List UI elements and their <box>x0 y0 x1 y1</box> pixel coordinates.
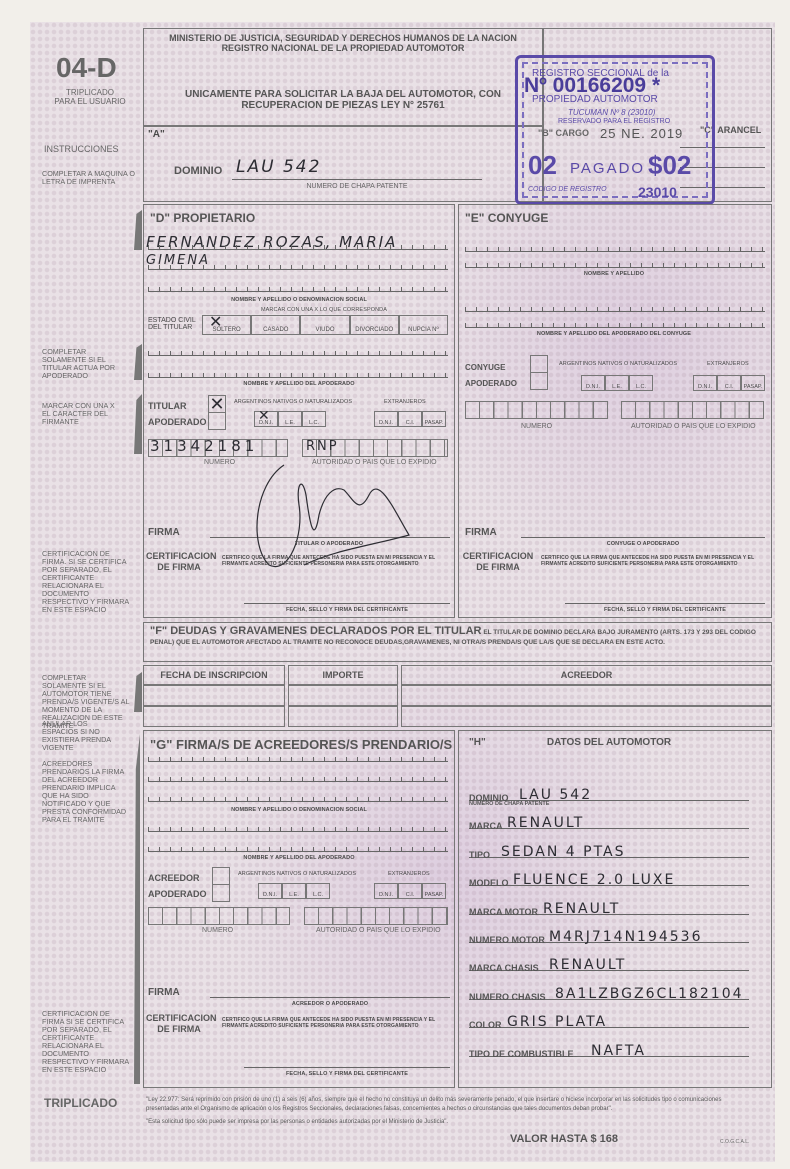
doc-type-option[interactable]: D.N.I. <box>258 883 282 899</box>
section-h-datos-automotor: "H" DATOS DEL AUTOMOTOR DOMINIOLAU 542MA… <box>458 730 772 1088</box>
header-box: MINISTERIO DE JUSTICIA, SEGURIDAD Y DERE… <box>143 28 543 126</box>
estado-civil-options: SOLTERO✕CASADOVIUDODIVORCIADONUPCIA Nº <box>202 315 448 335</box>
vehicle-field-label: NUMERO MOTOR <box>469 935 545 945</box>
section-a: "A" DOMINIO LAU 542 NUMERO DE CHAPA PATE… <box>143 126 543 202</box>
creditor-issuer-grid[interactable] <box>304 907 448 925</box>
acreedor-checkbox[interactable] <box>212 867 230 885</box>
vehicle-field-row: MARCA CHASISRENAULT <box>469 953 759 975</box>
spouse-ext-doc-options: D.N.I.C.I.PASAP. <box>693 375 765 391</box>
vehicle-field-value[interactable]: GRIS PLATA <box>507 1014 607 1030</box>
acreedor-apoderado-checkbox[interactable] <box>212 884 230 902</box>
spouse-name-line-1[interactable] <box>465 245 765 252</box>
check-mark-icon: ✕ <box>258 409 270 423</box>
estado-civil-option[interactable]: SOLTERO✕ <box>202 315 251 335</box>
titular-checkbox[interactable]: ✕ <box>208 395 226 413</box>
dominio-label: DOMINIO <box>174 165 222 177</box>
vehicle-field-row: MARCA MOTORRENAULT <box>469 897 759 919</box>
ext-doc-type-options: D.N.I.C.I.PASAP. <box>374 411 446 427</box>
estado-civil-option[interactable]: DIVORCIADO <box>350 315 399 335</box>
creditor-name-line-3[interactable] <box>148 795 448 802</box>
arg-doc-type-options: D.N.I.✕L.E.L.C. <box>254 411 326 427</box>
estado-civil-option[interactable]: NUPCIA Nº <box>399 315 448 335</box>
conyuge-apoderado-checkbox[interactable] <box>530 372 548 390</box>
doc-type-option[interactable]: D.N.I. <box>693 375 717 391</box>
print-notice: "Esta solicitud tipo sólo puede ser impr… <box>146 1119 726 1125</box>
table-cell[interactable] <box>401 685 772 706</box>
estado-civil-option[interactable]: VIUDO <box>300 315 349 335</box>
vehicle-field-value[interactable]: M4RJ714N194536 <box>549 929 702 945</box>
vehicle-field-label: MODELO <box>469 878 509 888</box>
vehicle-field-row: NUMERO CHASIS8A1LZBGZ6CL182104 <box>469 982 759 1004</box>
table-header: ACREEDOR <box>401 665 772 685</box>
legal-notice: "Ley 22.977: Será reprimido con prisión … <box>146 1096 726 1114</box>
section-f-deudas: "F" DEUDAS Y GRAVAMENES DECLARADOS POR E… <box>143 622 772 662</box>
stamp-date: 25 NE. 2019 <box>600 126 683 141</box>
doc-type-option[interactable]: PASAP. <box>741 375 765 391</box>
footer-copy-label: TRIPLICADO <box>44 1096 117 1110</box>
apoderado-name-line-2[interactable] <box>148 371 448 378</box>
vehicle-field-label: MARCA MOTOR <box>469 907 538 917</box>
table-cell[interactable] <box>288 685 398 706</box>
doc-type-option[interactable]: L.E. <box>282 883 306 899</box>
paid-stamp: PAGADO <box>570 160 645 177</box>
purpose-line-1: UNICAMENTE PARA SOLICITAR LA BAJA DEL AU… <box>144 89 542 100</box>
vehicle-field-value[interactable]: RENAULT <box>549 957 626 973</box>
owner-certification-field[interactable] <box>244 603 450 604</box>
vehicle-field-label: MARCA CHASIS <box>469 963 539 973</box>
doc-type-option[interactable]: L.E. <box>278 411 302 427</box>
spouse-arg-doc-options: D.N.I.L.E.L.C. <box>581 375 653 391</box>
creditor-signature-field[interactable] <box>210 997 450 998</box>
creditor-apoderado-line-1[interactable] <box>148 825 448 832</box>
vehicle-field-row: NUMERO MOTORM4RJ714N194536 <box>469 925 759 947</box>
section-g-acreedores: "G" FIRMA/S DE ACREEDORES/S PRENDARIO/S … <box>143 730 455 1088</box>
doc-type-option[interactable]: D.N.I.✕ <box>254 411 278 427</box>
vehicle-field-value[interactable]: FLUENCE 2.0 LUXE <box>513 872 675 888</box>
vehicle-field-row: TIPO DE COMBUSTIBLENAFTA <box>469 1039 759 1061</box>
table-cell[interactable] <box>401 706 772 727</box>
vehicle-field-row: MARCARENAULT <box>469 811 759 833</box>
table-cell[interactable] <box>288 706 398 727</box>
vehicle-field-row: COLORGRIS PLATA <box>469 1010 759 1032</box>
conyuge-checkbox[interactable] <box>530 355 548 373</box>
registry-title: REGISTRO NACIONAL DE LA PROPIEDAD AUTOMO… <box>144 43 542 53</box>
vehicle-field-value[interactable]: SEDAN 4 PTAS <box>501 844 626 860</box>
vehicle-field-row: TIPOSEDAN 4 PTAS <box>469 840 759 862</box>
apoderado-checkbox[interactable] <box>208 412 226 430</box>
doc-type-option[interactable]: C.I. <box>398 411 422 427</box>
debts-table: FECHA DE INSCRIPCIONIMPORTEACREEDOR <box>143 665 772 727</box>
creditor-ext-doc-options: D.N.I.C.I.PASAP. <box>374 883 446 899</box>
section-d-propietario: "D" PROPIETARIO FERNANDEZ ROZAS, MARIA G… <box>143 204 455 618</box>
estado-civil-option[interactable]: CASADO <box>251 315 300 335</box>
section-e-conyuge: "E" CONYUGE NOMBRE Y APELLIDO NOMBRE Y A… <box>458 204 772 618</box>
registry-stamp: REGISTRO SECCIONAL de la Nº 00166209 * P… <box>515 55 715 205</box>
doc-type-option[interactable]: L.C. <box>302 411 326 427</box>
apoderado-name-line-1[interactable] <box>148 349 448 356</box>
spouse-issuer-grid[interactable] <box>621 401 764 419</box>
price-label: VALOR HASTA $ 168 <box>510 1133 618 1145</box>
doc-type-option[interactable]: PASAP. <box>422 883 446 899</box>
vehicle-field-label: TIPO <box>469 850 490 860</box>
vehicle-field-value[interactable]: NAFTA <box>591 1043 646 1059</box>
form-page: 04-D TRIPLICADOPARA EL USUARIO MINISTERI… <box>30 22 775 1162</box>
spouse-doc-number-grid[interactable] <box>465 401 608 419</box>
table-header: FECHA DE INSCRIPCION <box>143 665 285 685</box>
doc-type-option[interactable]: D.N.I. <box>374 411 398 427</box>
creditor-name-line-1[interactable] <box>148 755 448 762</box>
spouse-signature-field[interactable] <box>521 537 765 538</box>
vehicle-field-value[interactable]: RENAULT <box>543 901 620 917</box>
ministry-title: MINISTERIO DE JUSTICIA, SEGURIDAD Y DERE… <box>144 33 542 43</box>
owner-name-line-3[interactable] <box>148 285 448 292</box>
doc-type-option[interactable]: D.N.I. <box>581 375 605 391</box>
doc-type-option[interactable]: PASAP. <box>422 411 446 427</box>
issuer-value: RNP <box>306 439 339 454</box>
copy-label: TRIPLICADOPARA EL USUARIO <box>40 88 140 106</box>
doc-type-option[interactable]: L.C. <box>306 883 330 899</box>
creditor-arg-doc-options: D.N.I.L.E.L.C. <box>258 883 330 899</box>
creditor-name-line-2[interactable] <box>148 775 448 782</box>
creditor-doc-number-grid[interactable] <box>148 907 290 925</box>
creditor-certification-field[interactable] <box>244 1067 450 1068</box>
vehicle-field-value[interactable]: 8A1LZBGZ6CL182104 <box>555 986 744 1002</box>
table-cell[interactable] <box>143 706 285 727</box>
purpose-line-2: RECUPERACION DE PIEZAS LEY N° 25761 <box>144 100 542 111</box>
instructions-title: INSTRUCCIONES <box>44 144 119 154</box>
spouse-certification-field[interactable] <box>565 603 765 604</box>
doc-type-option[interactable]: D.N.I. <box>374 883 398 899</box>
doc-type-option[interactable]: L.E. <box>605 375 629 391</box>
spouse-apoderado-line-2[interactable] <box>465 321 765 328</box>
vehicle-field-label: MARCA <box>469 821 503 831</box>
spouse-apoderado-line-1[interactable] <box>465 305 765 312</box>
doc-number-value: 31342181 <box>150 437 258 455</box>
vehicle-field-value[interactable]: RENAULT <box>507 815 584 831</box>
doc-type-option[interactable]: L.C. <box>629 375 653 391</box>
doc-type-option[interactable]: C.I. <box>717 375 741 391</box>
vehicle-field-label: COLOR <box>469 1020 502 1030</box>
table-cell[interactable] <box>143 685 285 706</box>
vehicle-field-label: TIPO DE COMBUSTIBLE <box>469 1049 574 1059</box>
spouse-name-line-2[interactable] <box>465 261 765 268</box>
check-mark-icon: ✕ <box>209 314 222 330</box>
creditor-apoderado-line-2[interactable] <box>148 845 448 852</box>
vehicle-field-label: NUMERO CHASIS <box>469 992 546 1002</box>
dominio-field[interactable]: LAU 542 <box>236 157 321 177</box>
doc-type-option[interactable]: C.I. <box>398 883 422 899</box>
form-code: 04-D <box>56 52 117 84</box>
table-header: IMPORTE <box>288 665 398 685</box>
vehicle-field-row: MODELOFLUENCE 2.0 LUXE <box>469 868 759 890</box>
